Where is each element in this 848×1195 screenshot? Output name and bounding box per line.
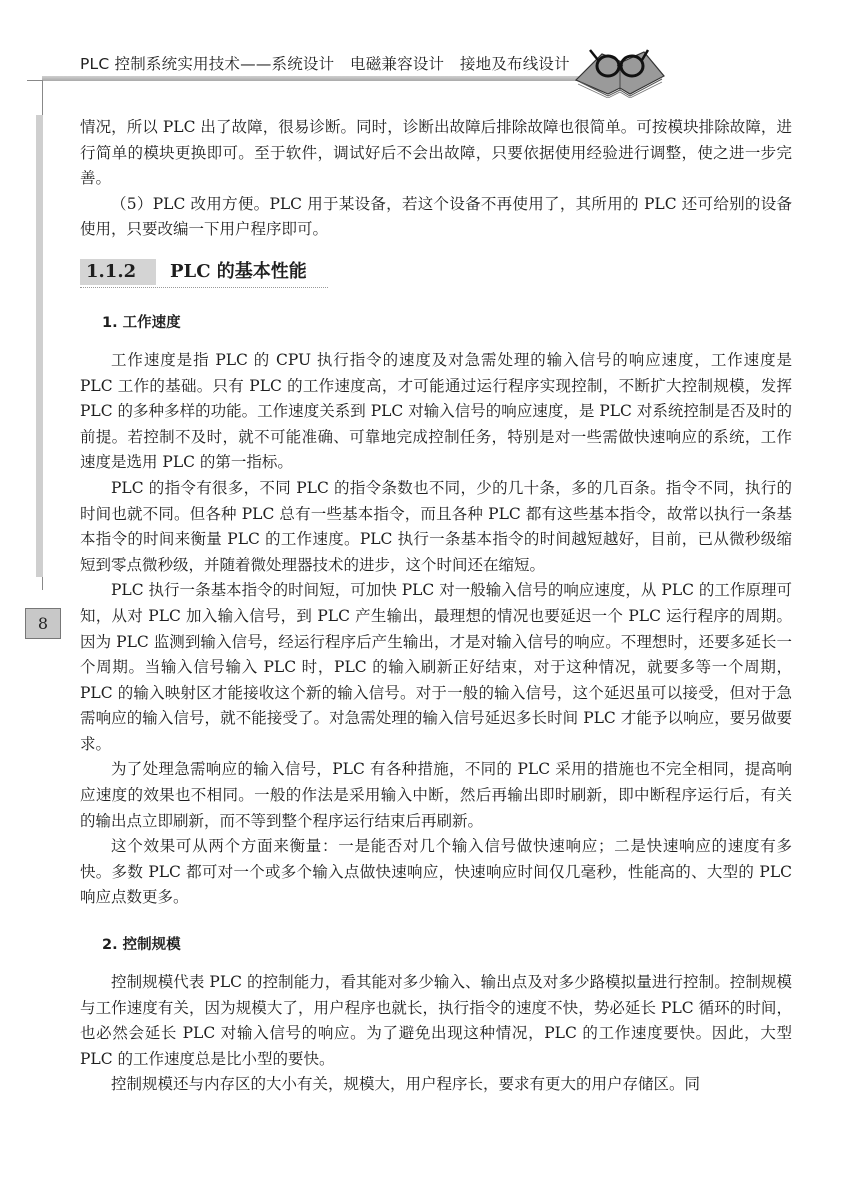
book-with-glasses-icon <box>572 46 668 98</box>
section-heading: 1.1.2 PLC 的基本性能 <box>80 257 328 288</box>
header-rule-stub <box>27 80 43 81</box>
subsection-heading: 2. 控制规模 <box>80 932 792 958</box>
running-head-title: PLC 控制系统实用技术——系统设计 电磁兼容设计 接地及布线设计 <box>80 52 570 74</box>
margin-shade-strip <box>36 115 43 577</box>
page-number: 8 <box>25 608 61 639</box>
section-title: PLC 的基本性能 <box>170 259 307 285</box>
body-paragraph: PLC 执行一条基本指令的时间短，可加快 PLC 对一般输入信号的响应速度，从 … <box>80 578 792 757</box>
body-paragraph: 控制规模还与内存区的大小有关，规模大，用户程序长，要求有更大的用户存储区。同 <box>80 1072 792 1098</box>
header-shaded-bar <box>42 76 602 81</box>
body-paragraph: PLC 的指令有很多，不同 PLC 的指令条数也不同，少的几十条，多的几百条。指… <box>80 476 792 578</box>
section-number: 1.1.2 <box>80 259 156 285</box>
subsection-heading: 1. 工作速度 <box>80 310 792 336</box>
body-paragraph: 控制规模代表 PLC 的控制能力，看其能对多少输入、输出点及对多少路模拟量进行控… <box>80 970 792 1072</box>
body-paragraph: 这个效果可从两个方面来衡量：一是能否对几个输入信号做快速响应；二是快速响应的速度… <box>80 834 792 911</box>
body-paragraph: 情况，所以 PLC 出了故障，很易诊断。同时，诊断出故障后排除故障也很简单。可按… <box>80 115 792 192</box>
page-body: 情况，所以 PLC 出了故障，很易诊断。同时，诊断出故障后排除故障也很简单。可按… <box>80 115 792 1098</box>
body-paragraph: 工作速度是指 PLC 的 CPU 执行指令的速度及对急需处理的输入信号的响应速度… <box>80 348 792 476</box>
body-paragraph: （5）PLC 改用方便。PLC 用于某设备，若这个设备不再使用了，其所用的 PL… <box>80 192 792 243</box>
body-paragraph: 为了处理急需响应的输入信号，PLC 有各种措施，不同的 PLC 采用的措施也不完… <box>80 757 792 834</box>
